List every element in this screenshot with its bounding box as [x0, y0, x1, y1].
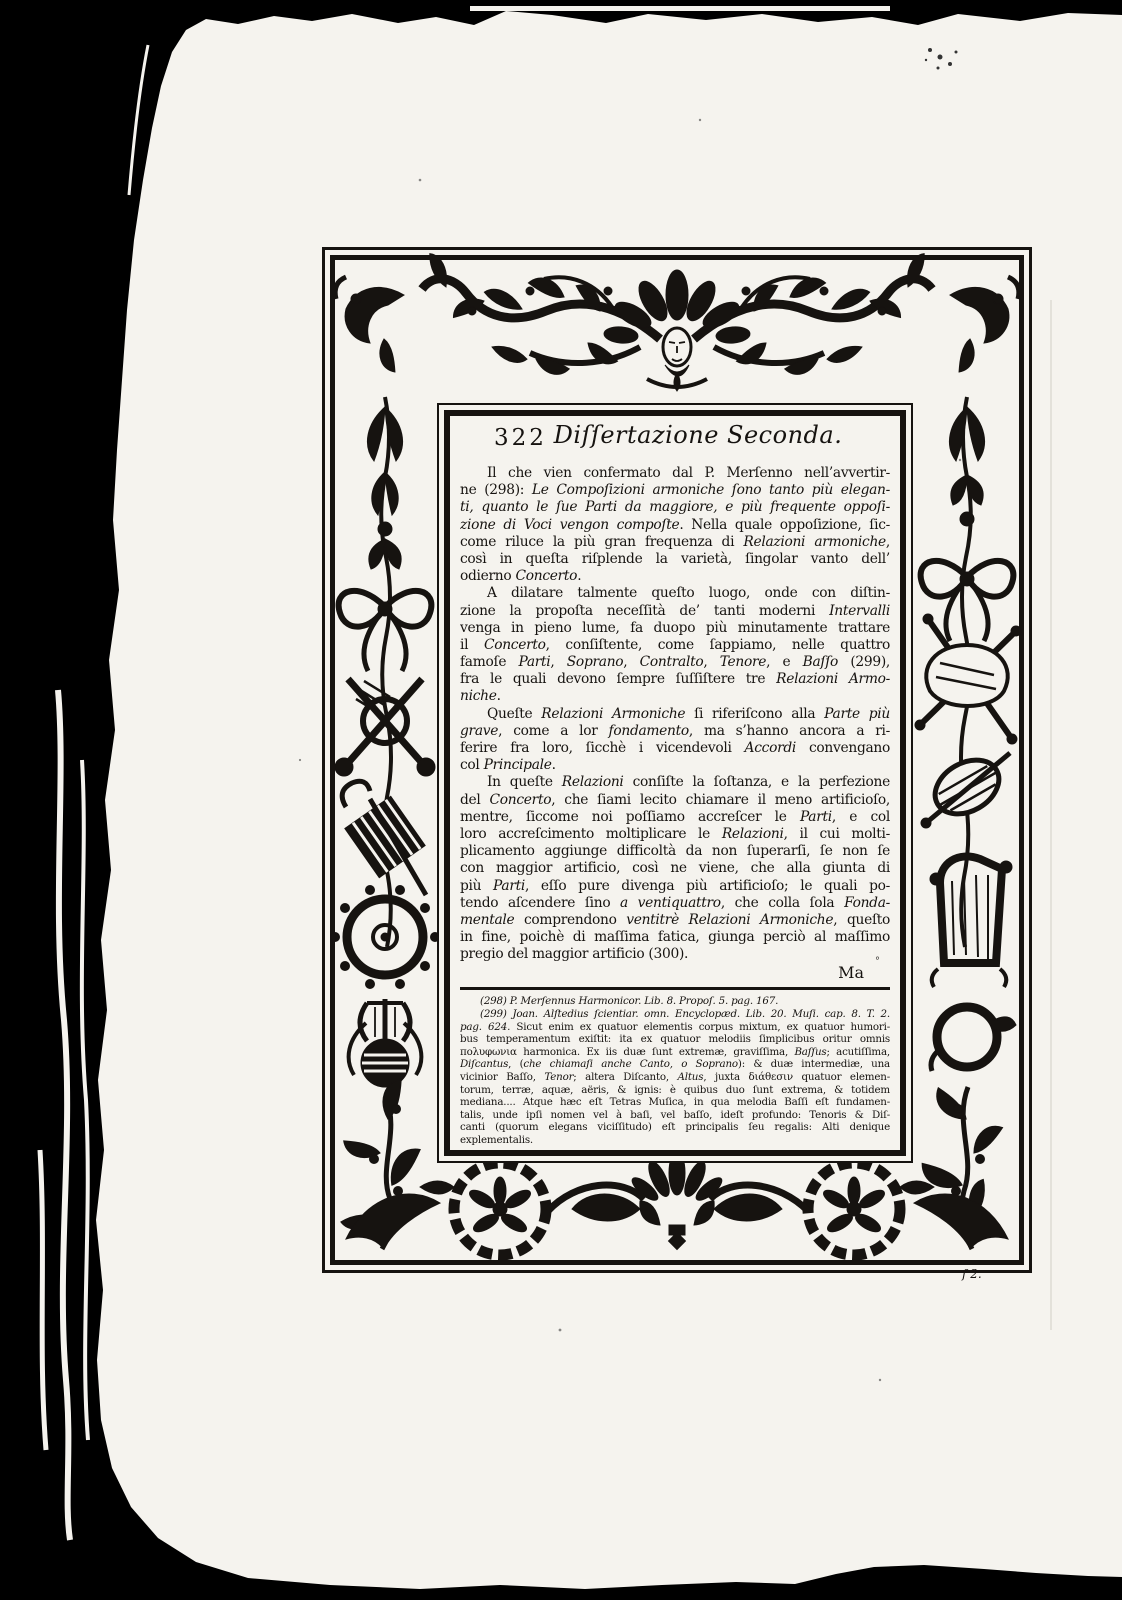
- running-header: 322 Diſſertazione Seconda.: [460, 421, 890, 457]
- lyre-icon: [349, 999, 422, 1087]
- mask-icon: [603, 270, 750, 391]
- harp-icon: [930, 856, 1012, 987]
- scanned-book-page: 322 Diſſertazione Seconda. Il che vien c…: [0, 0, 1122, 1600]
- palmette-icon: [572, 1151, 782, 1249]
- left-trophy-engraving: [331, 397, 440, 1249]
- top-band-gap: [470, 6, 890, 11]
- bottom-border-engraving: [346, 1151, 1008, 1255]
- hunting-horns-icon: [335, 679, 435, 776]
- paragraph: Il che vien confermato dal P. Merſenno n…: [460, 465, 890, 585]
- footnote-rule: [460, 987, 890, 990]
- paper-crease: [1050, 300, 1052, 1330]
- fiddle-and-bow-icon: [915, 614, 1021, 744]
- ribbon-bow-icon: [339, 591, 432, 671]
- signature-mark: f 2.: [962, 1267, 982, 1281]
- page-number: 322: [494, 425, 547, 451]
- top-border-engraving: [335, 253, 1019, 391]
- ink-smudge: [925, 48, 958, 70]
- paragraph: (298) P. Merſennus Harmonicor. Lib. 8. P…: [460, 995, 890, 1008]
- tambourine-icon: [331, 886, 440, 989]
- panpipes-icon: [342, 781, 426, 895]
- paragraph: In queſte Relazioni conſiſte la ſoſtanza…: [460, 774, 890, 963]
- right-trophy-engraving: [915, 397, 1021, 1249]
- ink-mark: °: [875, 956, 880, 967]
- hunting-horn-icon: [931, 1007, 1016, 1071]
- text-block-inner: 322 Diſſertazione Seconda. Il che vien c…: [444, 410, 906, 1156]
- text-block-frame: 322 Diſſertazione Seconda. Il che vien c…: [437, 403, 913, 1163]
- paragraph: (299) Joan. Alſtedius ſcientiar. omn. En…: [460, 1008, 890, 1147]
- catchword: Ma: [838, 963, 864, 982]
- footnotes: (298) P. Merſennus Harmonicor. Lib. 8. P…: [460, 995, 890, 1146]
- catchword-row: ° Ma: [460, 963, 890, 983]
- paragraph: A dilatare talmente queſto luogo, onde c…: [460, 585, 890, 705]
- body-text: Il che vien confermato dal P. Merſenno n…: [460, 465, 890, 963]
- paragraph: Queſte Relazioni Armoniche ſi riferiſcon…: [460, 706, 890, 775]
- spine-streaks: [40, 45, 148, 1540]
